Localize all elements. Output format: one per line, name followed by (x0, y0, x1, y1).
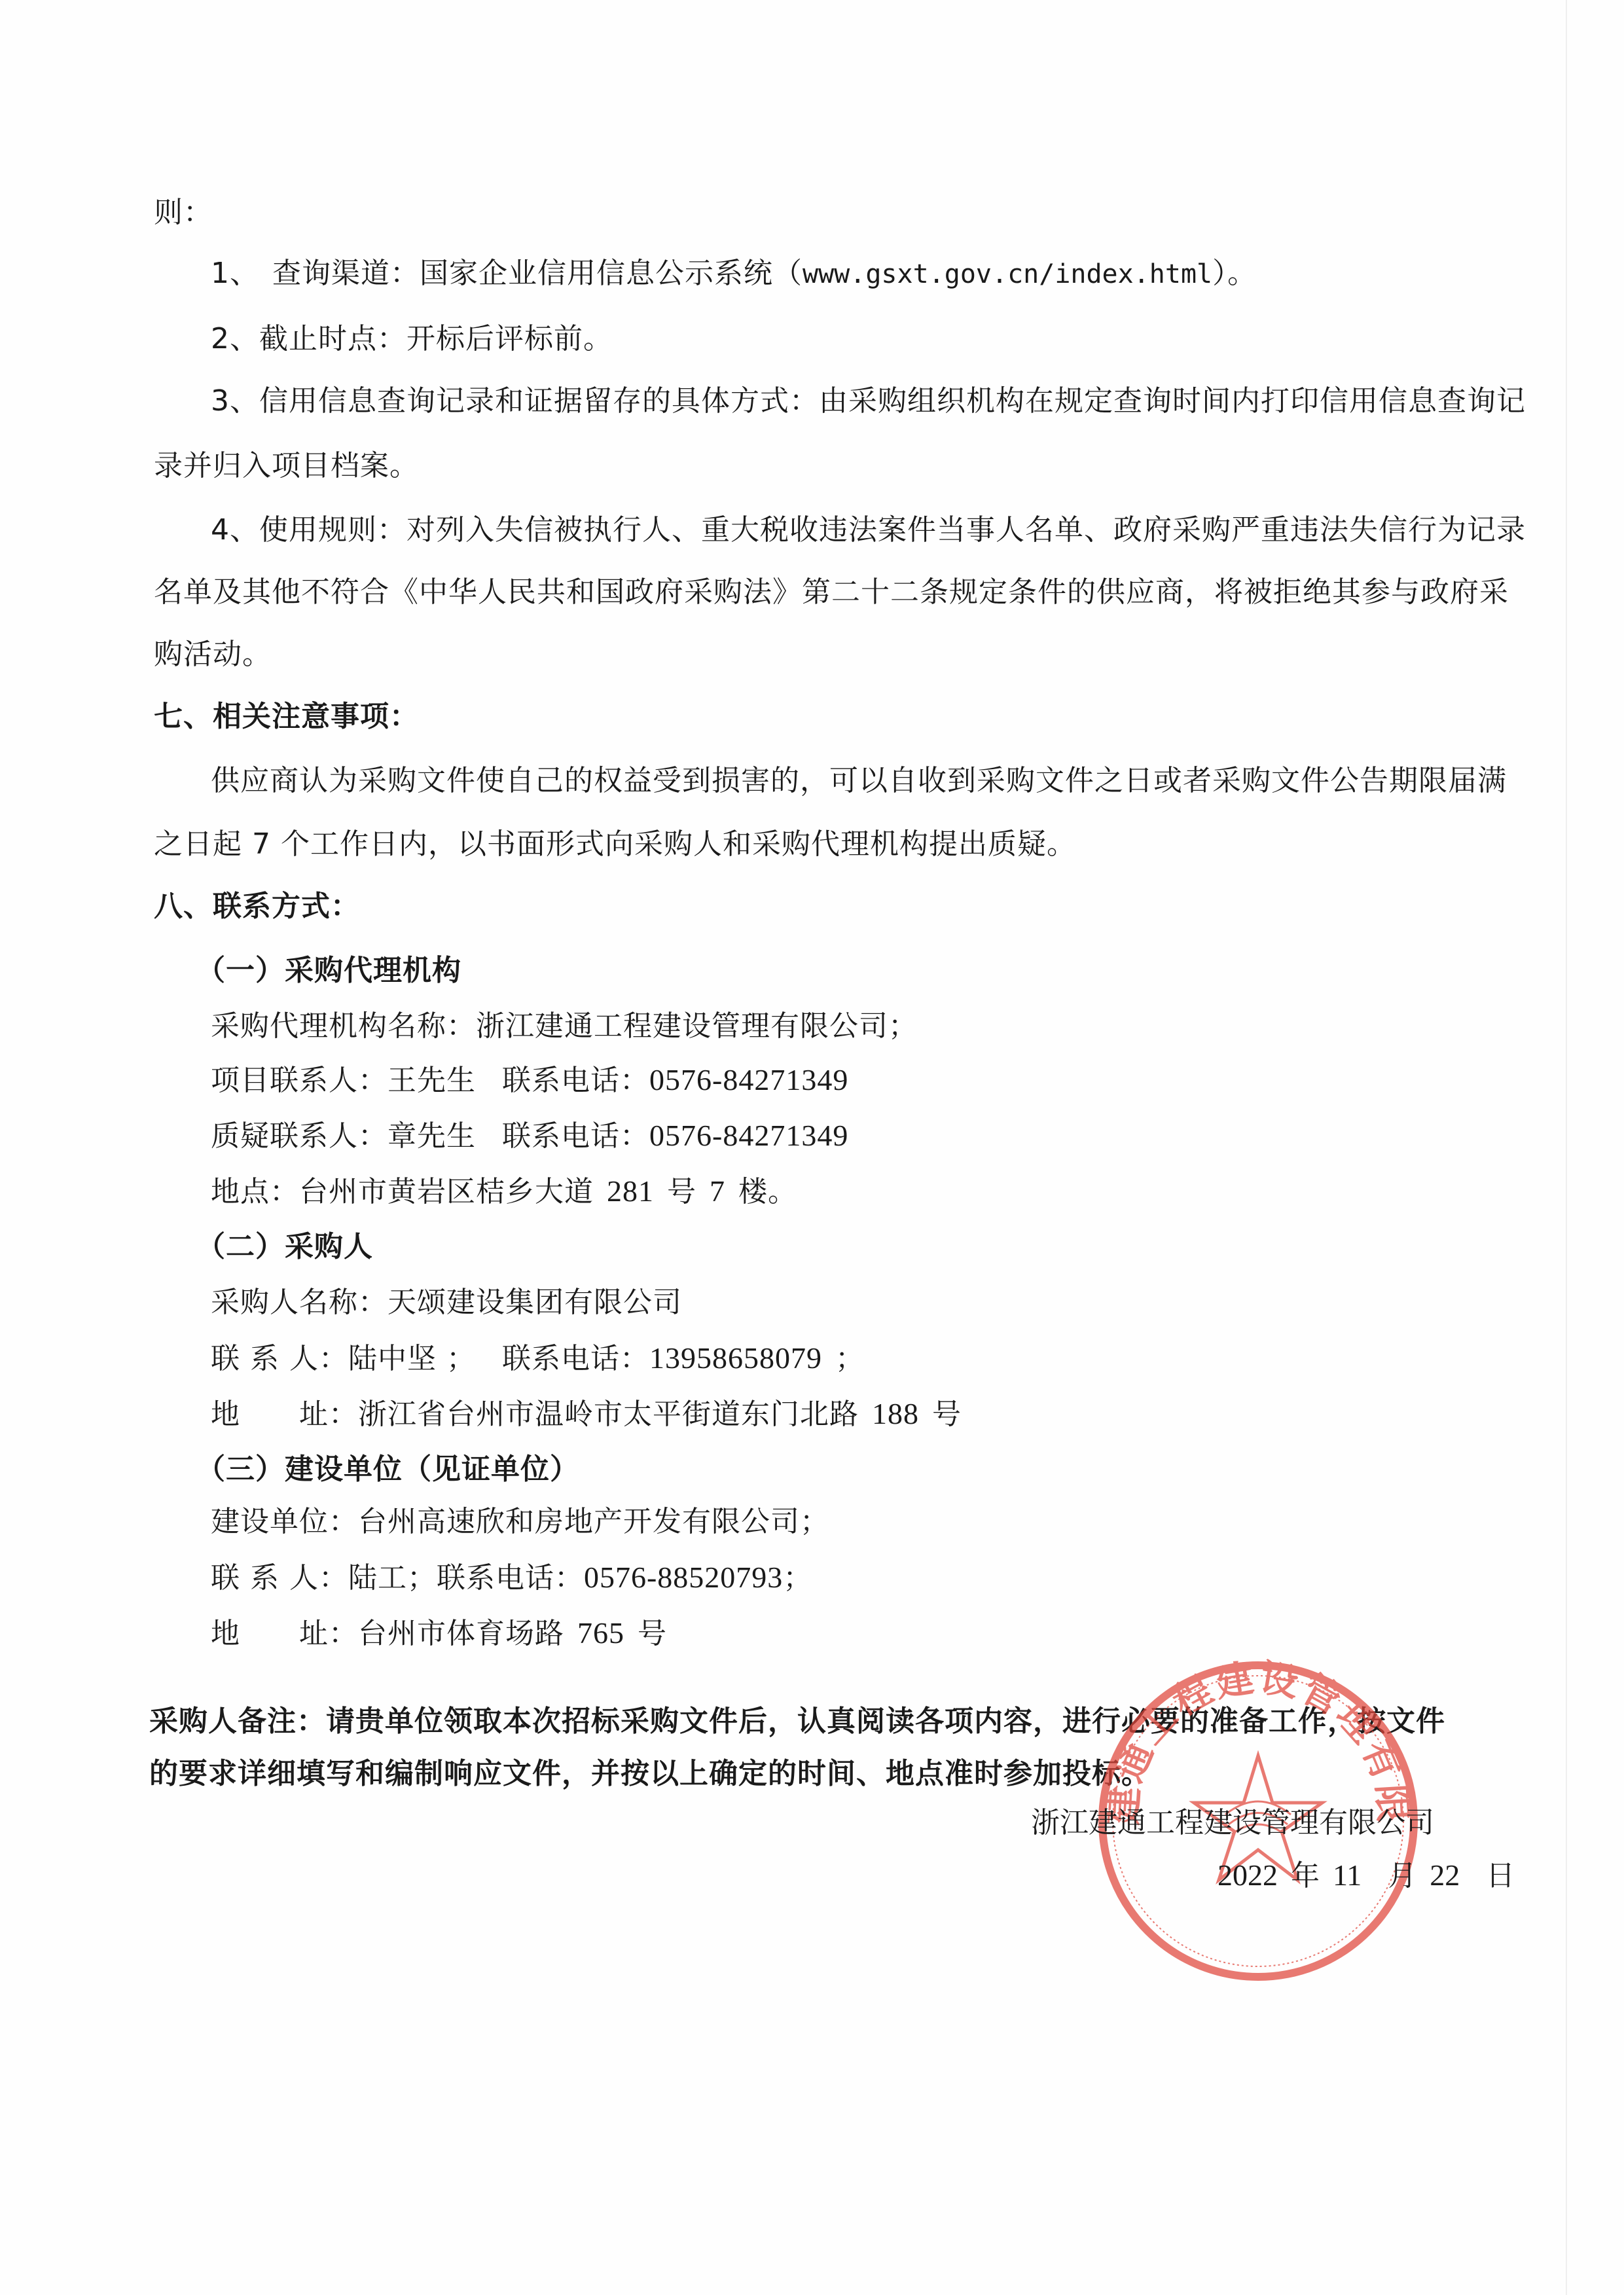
purchaser-phone-label: 联系电话： (502, 1342, 649, 1375)
agency-address-row: 地点：台州市黄岩区桔乡大道281号7楼。 (211, 1173, 797, 1210)
project-phone-label: 联系电话： (502, 1064, 649, 1097)
agency-address-part: 台州市黄岩区桔乡大道 (299, 1175, 594, 1208)
purchaser-address-suffix: 号 (932, 1398, 962, 1431)
page-edge (1566, 0, 1567, 2295)
builder-address-label: 地 (211, 1617, 240, 1650)
signature-date: 2022年11月22日 (1218, 1857, 1515, 1894)
builder-name-value: 台州高速欣和房地产开发有限公司； (358, 1505, 829, 1538)
agency-address-part: 号 (667, 1175, 696, 1208)
date-day: 22 (1430, 1858, 1460, 1892)
section-8-heading: 八、联系方式： (154, 888, 360, 925)
builder-contact-label: 联 系 人： (211, 1561, 348, 1595)
builder-phone: 0576-88520793 (584, 1561, 783, 1594)
builder-contact-name: 陆工； (348, 1561, 437, 1595)
signature-company: 浙江建通工程建设管理有限公司 (1031, 1805, 1434, 1841)
agency-address-number: 281 (607, 1174, 654, 1208)
document-page: 则： 1、查询渠道：国家企业信用信息公示系统（www.gsxt.gov.cn/i… (0, 0, 1624, 2295)
purchaser-address-label: 地 (211, 1398, 240, 1431)
purchaser-heading: （二）采购人 (196, 1229, 373, 1265)
builder-name-row: 建设单位：台州高速欣和房地产开发有限公司； (211, 1504, 829, 1540)
query-phone-label: 联系电话： (502, 1119, 649, 1153)
credit-rule-3-line2: 录并归入项目档案。 (154, 448, 419, 484)
svg-text:浙江建通工程建设管理有限公司: 浙江建通工程建设管理有限公司 (1094, 1657, 1415, 1826)
section-7-line2: 之日起 7 个工作日内，以书面形式向采购人和采购代理机构提出质疑。 (154, 826, 1076, 863)
builder-phone-label: 联系电话： (437, 1561, 584, 1595)
purchaser-phone-suffix: ； (835, 1342, 865, 1375)
project-phone: 0576-84271349 (649, 1063, 848, 1096)
agency-address-floor: 7 (710, 1174, 725, 1208)
continuation-heading: 则： (154, 194, 213, 231)
builder-address-value: 台州市体育场路 (358, 1617, 564, 1650)
date-day-label: 日 (1486, 1859, 1515, 1892)
project-contact-label: 项目联系人： (211, 1064, 388, 1097)
date-year: 2022 (1218, 1858, 1278, 1892)
purchaser-contact-name: 陆中坚 ； (348, 1342, 476, 1375)
agency-heading: （一）采购代理机构 (196, 952, 461, 989)
rule-1-prefix: 1、 (211, 257, 259, 290)
credit-rule-4-line1: 4、使用规则：对列入失信被执行人、重大税收违法案件当事人名单、政府采购严重违法失… (211, 512, 1484, 549)
remark-line1: 采购人备注：请贵单位领取本次招标采购文件后，认真阅读各项内容，进行必要的准备工作… (149, 1703, 1416, 1740)
builder-address-number: 765 (577, 1616, 624, 1650)
query-contact-name: 章先生 (388, 1119, 476, 1153)
rule-1-text: 查询渠道：国家企业信用信息公示系统（ (272, 257, 803, 290)
credit-rule-3-line1: 3、信用信息查询记录和证据留存的具体方式：由采购组织机构在规定查询时间内打印信用… (211, 383, 1484, 420)
purchaser-address-number: 188 (872, 1397, 919, 1430)
builder-heading: （三）建设单位（见证单位） (196, 1451, 579, 1488)
date-month-label: 月 (1388, 1859, 1416, 1892)
credit-rule-4-line3: 购活动。 (154, 636, 272, 673)
agency-address-label: 地点： (211, 1175, 299, 1208)
builder-address-row: 地址：台州市体育场路765号 (211, 1615, 667, 1652)
credit-rule-2: 2、截止时点：开标后评标前。 (211, 321, 613, 357)
builder-name-label: 建设单位： (211, 1505, 358, 1538)
remark-line2: 的要求详细填写和编制响应文件，并按以上确定的时间、地点准时参加投标。 (149, 1756, 1151, 1792)
agency-address-part: 楼。 (738, 1175, 797, 1208)
builder-contact-row: 联 系 人：陆工；联系电话：0576-88520793； (211, 1559, 812, 1597)
builder-phone-suffix: ； (783, 1561, 812, 1595)
purchaser-name-label: 采购人名称： (211, 1286, 388, 1319)
credit-rule-4-line2: 名单及其他不符合《中华人民共和国政府采购法》第二十二条规定条件的供应商，将被拒绝… (154, 574, 1483, 611)
purchaser-address-label: 址： (299, 1398, 358, 1431)
builder-address-label: 址： (299, 1617, 358, 1650)
purchaser-phone: 13958658079 (649, 1341, 822, 1375)
purchaser-contact-label: 联 系 人： (211, 1342, 348, 1375)
purchaser-name-row: 采购人名称：天颂建设集团有限公司 (211, 1284, 682, 1321)
agency-name-row: 采购代理机构名称：浙江建通工程建设管理有限公司； (211, 1008, 918, 1045)
purchaser-address-row: 地址：浙江省台州市温岭市太平街道东门北路188号 (211, 1396, 962, 1433)
project-contact-name: 王先生 (388, 1064, 476, 1097)
rule-1-tail: ）。 (1212, 257, 1257, 290)
date-month: 11 (1333, 1858, 1362, 1892)
gsxt-url: www.gsxt.gov.cn/index.html (803, 259, 1212, 289)
section-7-line1: 供应商认为采购文件使自己的权益受到损害的，可以自收到采购文件之日或者采购文件公告… (211, 763, 1484, 799)
agency-name-label: 采购代理机构名称： (211, 1009, 476, 1043)
query-contact-label: 质疑联系人： (211, 1119, 388, 1153)
agency-name-value: 浙江建通工程建设管理有限公司； (476, 1009, 918, 1043)
purchaser-name-value: 天颂建设集团有限公司 (388, 1286, 682, 1319)
date-year-label: 年 (1291, 1859, 1320, 1892)
credit-rule-1: 1、查询渠道：国家企业信用信息公示系统（www.gsxt.gov.cn/inde… (211, 255, 1257, 293)
builder-address-suffix: 号 (638, 1617, 667, 1650)
query-contact-row: 质疑联系人：章先生联系电话：0576-84271349 (211, 1117, 848, 1155)
query-phone: 0576-84271349 (649, 1119, 848, 1152)
section-7-heading: 七、相关注意事项： (154, 698, 419, 735)
purchaser-address-value: 浙江省台州市温岭市太平街道东门北路 (358, 1398, 859, 1431)
purchaser-contact-row: 联 系 人：陆中坚 ；联系电话：13958658079； (211, 1340, 865, 1377)
project-contact-row: 项目联系人：王先生联系电话：0576-84271349 (211, 1062, 848, 1099)
